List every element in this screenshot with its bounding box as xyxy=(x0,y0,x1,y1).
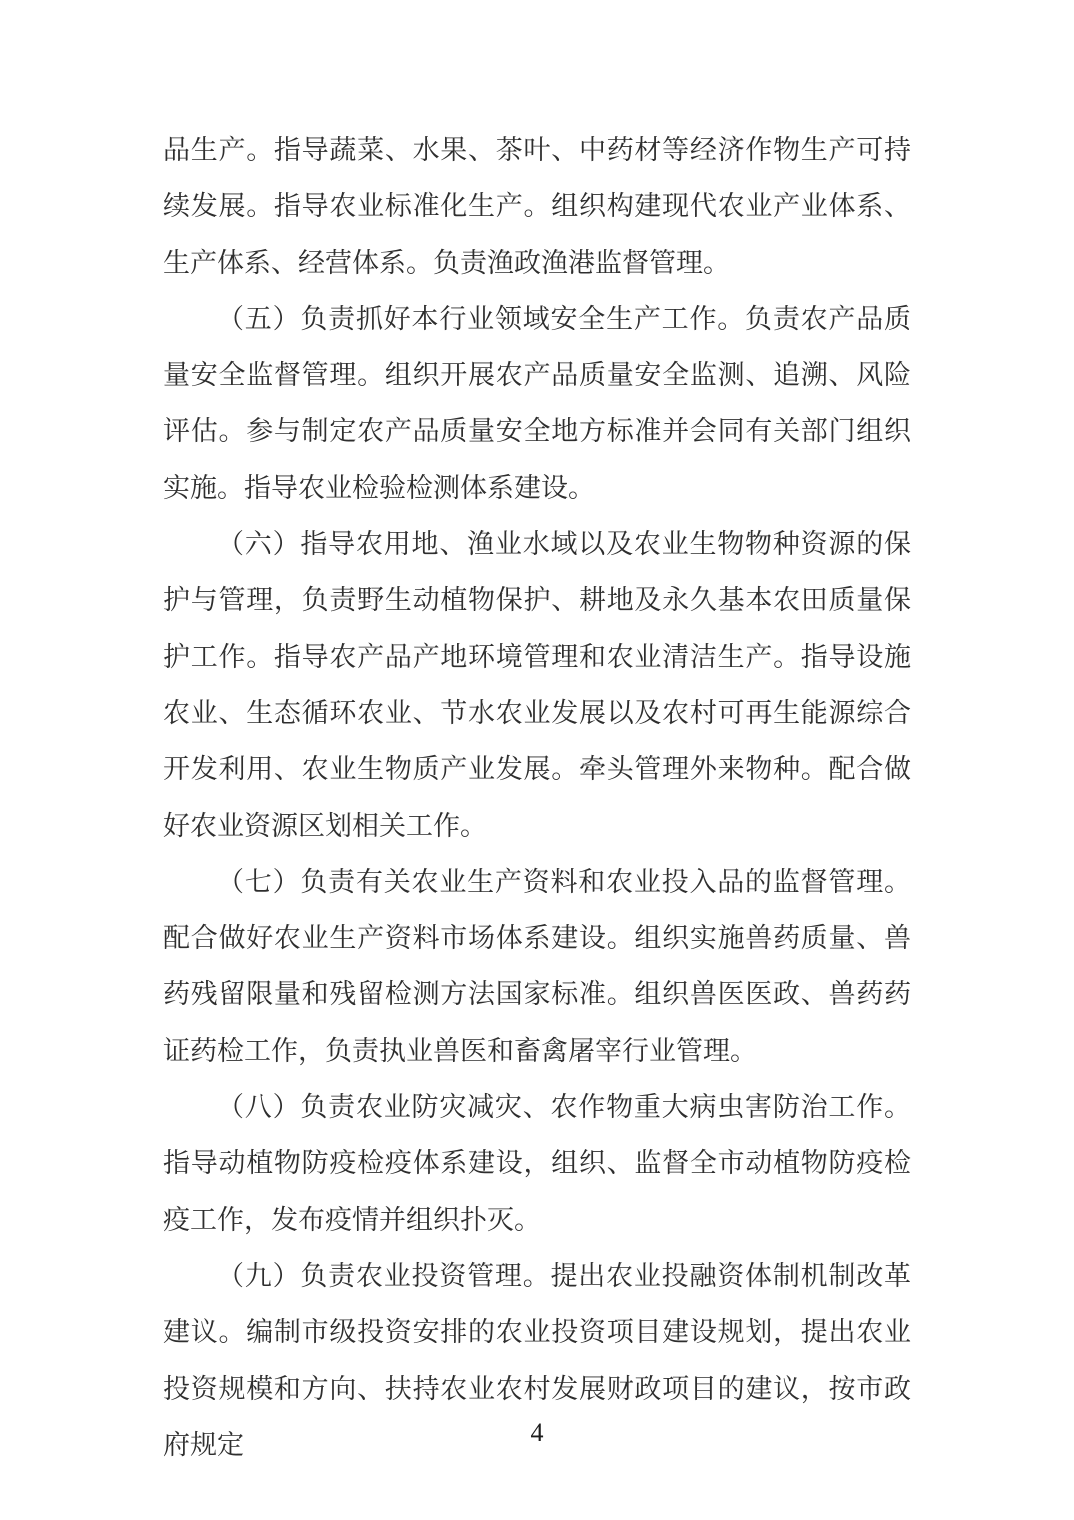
page-number: 4 xyxy=(0,1416,1074,1450)
para-item7: （七）负责有关农业生产资料和农业投入品的监督管理。配合做好农业生产资料市场体系建… xyxy=(163,854,911,1079)
para-item4-continuation: 品生产。指导蔬菜、水果、茶叶、中药材等经济作物生产可持续发展。指导农业标准化生产… xyxy=(163,122,911,291)
para-item5: （五）负责抓好本行业领域安全生产工作。负责农产品质量安全监督管理。组织开展农产品… xyxy=(163,291,911,516)
body-text: 品生产。指导蔬菜、水果、茶叶、中药材等经济作物生产可持续发展。指导农业标准化生产… xyxy=(163,122,911,1473)
para-item6: （六）指导农用地、渔业水域以及农业生物物种资源的保护与管理，负责野生动植物保护、… xyxy=(163,516,911,854)
para-item8: （八）负责农业防灾减灾、农作物重大病虫害防治工作。指导动植物防疫检疫体系建设，组… xyxy=(163,1079,911,1248)
document-page: 品生产。指导蔬菜、水果、茶叶、中药材等经济作物生产可持续发展。指导农业标准化生产… xyxy=(0,0,1074,1520)
